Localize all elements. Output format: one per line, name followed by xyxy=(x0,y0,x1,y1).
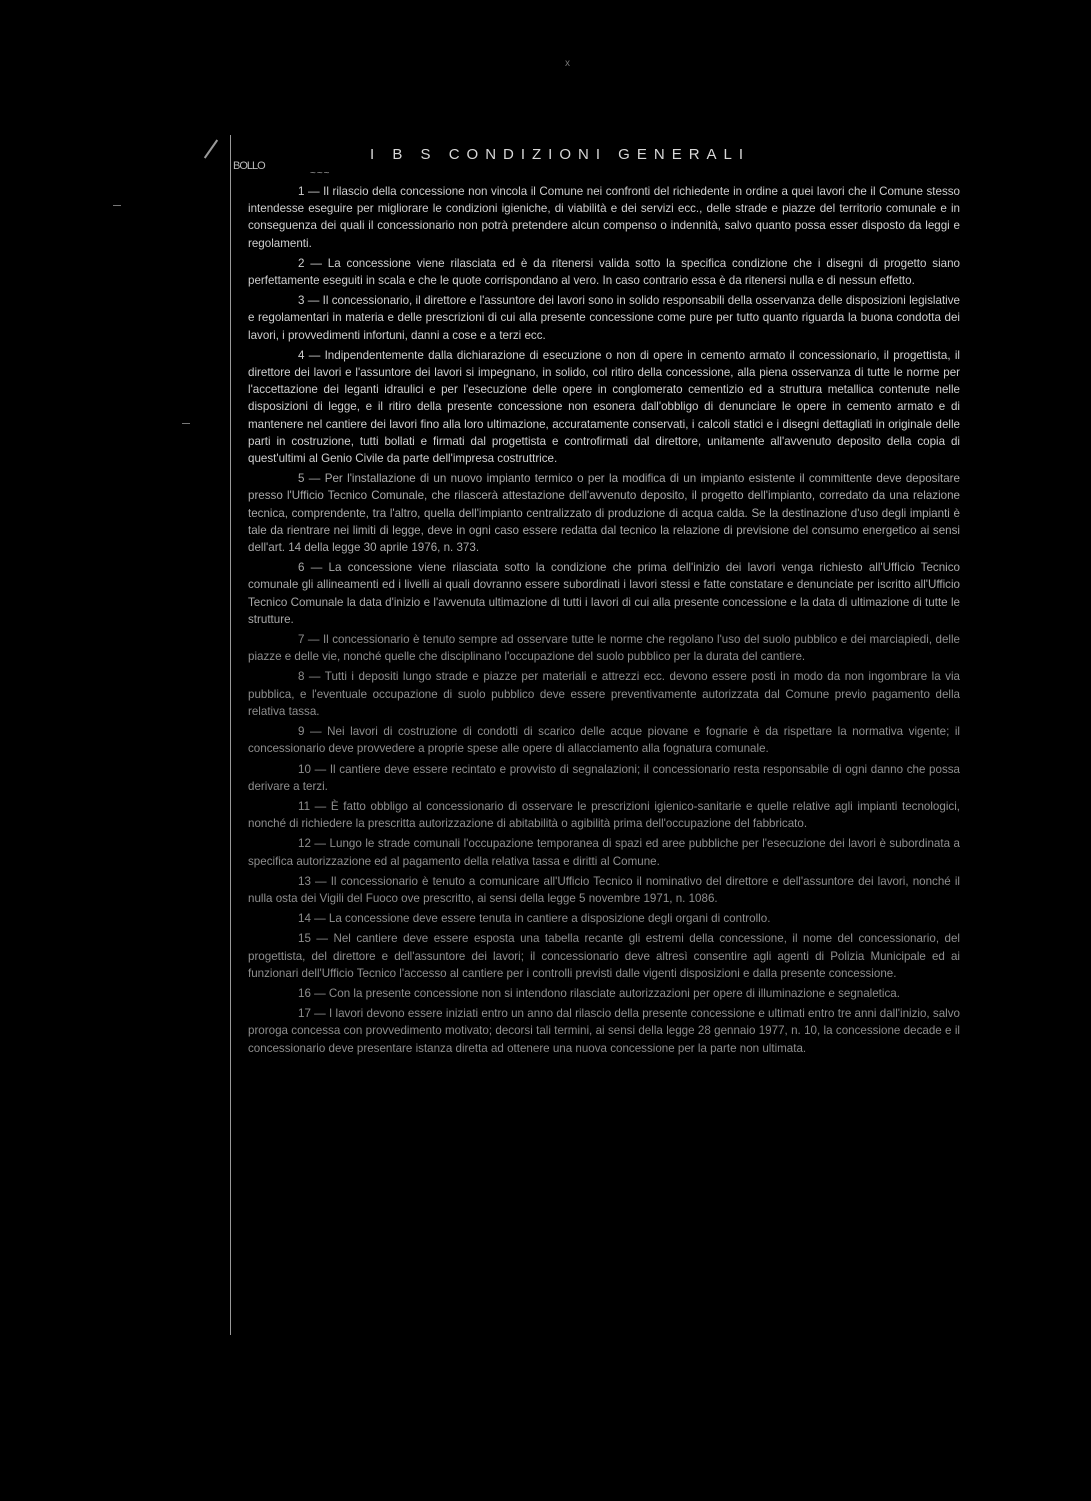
margin-slash xyxy=(204,139,218,158)
paragraph-10: 10 — Il cantiere deve essere recintato e… xyxy=(248,761,960,795)
page-mark: x xyxy=(565,58,570,69)
paragraph-13: 13 — Il concessionario è tenuto a comuni… xyxy=(248,873,960,907)
paragraph-2: 2 — La concessione viene rilasciata ed è… xyxy=(248,255,960,289)
paragraph-6: 6 — La concessione viene rilasciata sott… xyxy=(248,559,960,628)
document-body: 1 — Il rilascio della concessione non vi… xyxy=(248,183,960,1060)
margin-rule xyxy=(230,135,231,1335)
paragraph-9: 9 — Nei lavori di costruzione di condott… xyxy=(248,723,960,757)
paragraph-5: 5 — Per l'installazione di un nuovo impi… xyxy=(248,470,960,556)
margin-tick xyxy=(113,205,121,206)
paragraph-7: 7 — Il concessionario è tenuto sempre ad… xyxy=(248,631,960,665)
page-title: I B S CONDIZIONI GENERALI xyxy=(370,146,750,163)
paragraph-1: 1 — Il rilascio della concessione non vi… xyxy=(248,183,960,252)
paragraph-8: 8 — Tutti i depositi lungo strade e piaz… xyxy=(248,668,960,720)
paragraph-15: 15 — Nel cantiere deve essere esposta un… xyxy=(248,930,960,982)
paragraph-14: 14 — La concessione deve essere tenuta i… xyxy=(248,910,960,927)
margin-tick xyxy=(182,423,190,424)
title-stamp: ~~~ xyxy=(310,168,331,179)
title-text: CONDIZIONI GENERALI xyxy=(449,146,750,163)
paragraph-16: 16 — Con la presente concessione non si … xyxy=(248,985,960,1002)
paragraph-3: 3 — Il concessionario, il direttore e l'… xyxy=(248,292,960,344)
title-prefix: I B S xyxy=(370,146,438,163)
paragraph-4: 4 — Indipendentemente dalla dichiarazion… xyxy=(248,347,960,467)
paragraph-11: 11 — È fatto obbligo al concessionario d… xyxy=(248,798,960,832)
paragraph-12: 12 — Lungo le strade comunali l'occupazi… xyxy=(248,835,960,869)
paragraph-17: 17 — I lavori devono essere iniziati ent… xyxy=(248,1005,960,1057)
